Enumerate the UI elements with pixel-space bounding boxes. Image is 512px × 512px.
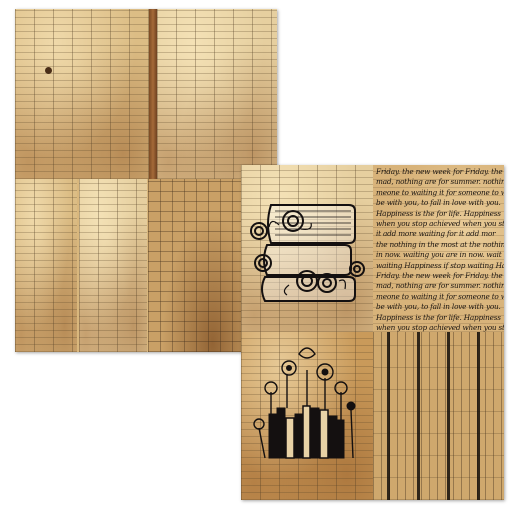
ledger-bottom-middle [79, 179, 147, 352]
ink-streak-panel [373, 332, 504, 500]
ledger-top-right [157, 9, 277, 179]
ink-spot [45, 67, 52, 74]
script-line: in now. waiting you are in now. wait [376, 250, 501, 260]
script-line: it add more waiting for it add mor [376, 229, 501, 239]
script-line: Happiness is the for life. Happiness [376, 209, 501, 219]
script-line: meone to waiting it for someone to wai [376, 188, 501, 198]
back-sheet [15, 9, 277, 352]
script-line: Friday. the new week for Friday. the n [376, 271, 501, 281]
bookshelf-flowers-icon [241, 332, 373, 500]
script-line: waiting Happiness if stop waiting Ha [376, 261, 501, 271]
book-stack-panel [241, 165, 373, 332]
script-line: Happiness is the for life. Happiness [376, 313, 501, 323]
ledger-bottom-left [15, 179, 77, 352]
script-line: mad, nothing are for summer. nothing [376, 177, 501, 187]
stain-bar [149, 9, 157, 179]
script-line: be with you, to fall in love with you. [376, 198, 501, 208]
front-sheet: Friday. the new week for Friday. the n m… [241, 165, 504, 500]
script-line: meone to waiting it for someone to wai [376, 292, 501, 302]
script-line: when you stop achieved when you st [376, 219, 501, 229]
book-stack-roses-icon [241, 165, 373, 332]
handwritten-script-panel: Friday. the new week for Friday. the n m… [373, 165, 504, 332]
script-line: Friday. the new week for Friday. the n [376, 167, 501, 177]
script-line: the nothing in the most at the nothin [376, 240, 501, 250]
ledger-top-left [15, 9, 150, 179]
script-line: mad, nothing are for summer. nothing [376, 281, 501, 291]
script-line: be with you, to fall in love with you. [376, 302, 501, 312]
bookshelf-flowers-panel [241, 332, 373, 500]
script-line: when you stop achieved when you st [376, 323, 501, 332]
